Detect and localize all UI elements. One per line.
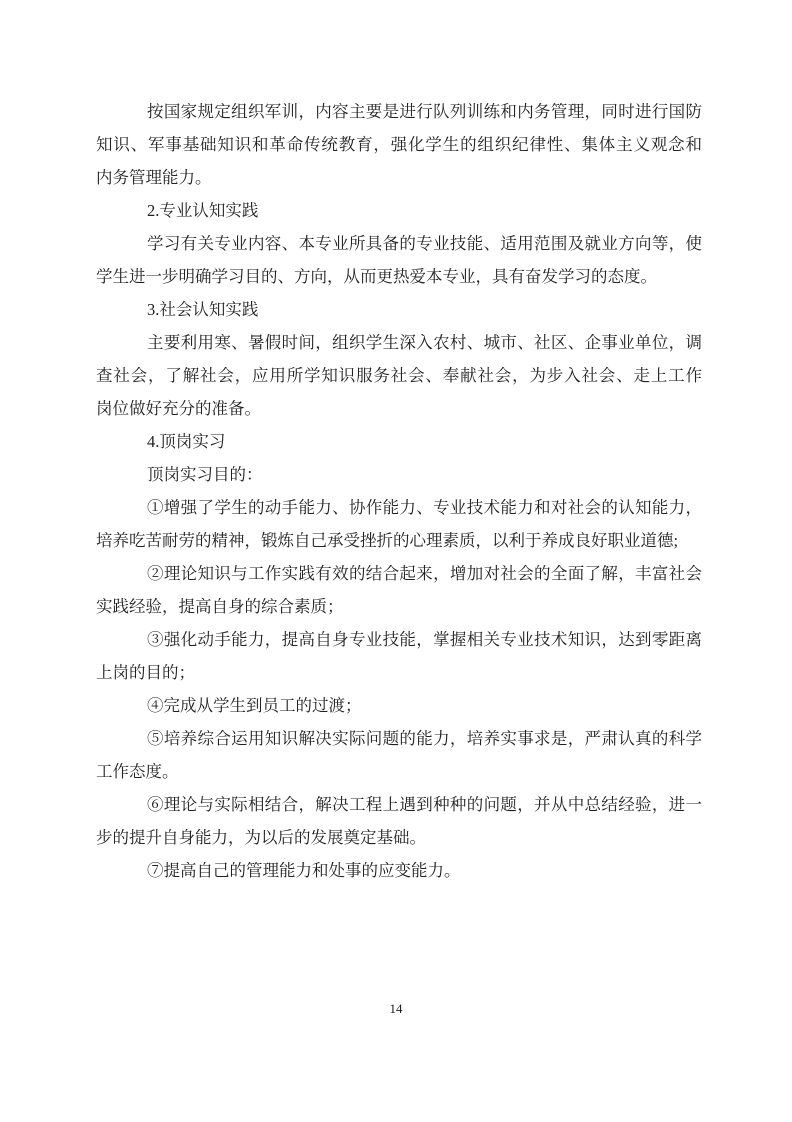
- section-heading: 3.社会认知实践: [96, 293, 702, 326]
- document-page: 按国家规定组织军训，内容主要是进行队列训练和内务管理，同时进行国防知识、军事基础…: [0, 0, 792, 1122]
- text-line: 2.专业认知实践: [96, 194, 702, 227]
- text-line: 4.顶岗实习: [96, 425, 702, 458]
- text-line: 工作态度。: [96, 755, 702, 788]
- text-line: 培养吃苦耐劳的精神，锻炼自己承受挫折的心理素质，以利于养成良好职业道德;: [96, 524, 702, 557]
- paragraph: ⑤培养综合运用知识解决实际问题的能力，培养实事求是，严肃认真的科学工作态度。: [96, 722, 702, 788]
- paragraph: ②理论知识与工作实践有效的结合起来，增加对社会的全面了解，丰富社会实践经验，提高…: [96, 557, 702, 623]
- text-line: ①增强了学生的动手能力、协作能力、专业技术能力和对社会的认知能力，: [96, 491, 702, 524]
- paragraph: 主要利用寒、暑假时间，组织学生深入农村、城市、社区、企事业单位，调查社会，了解社…: [96, 326, 702, 425]
- paragraph: ①增强了学生的动手能力、协作能力、专业技术能力和对社会的认知能力，培养吃苦耐劳的…: [96, 491, 702, 557]
- paragraph: 顶岗实习目的：: [96, 458, 702, 491]
- paragraph: ⑥理论与实际相结合，解决工程上遇到种种的问题，并从中总结经验，进一步的提升自身能…: [96, 788, 702, 854]
- text-line: 上岗的目的；: [96, 656, 702, 689]
- text-line: 查社会，了解社会，应用所学知识服务社会、奉献社会，为步入社会、走上工作: [96, 359, 702, 392]
- text-line: 岗位做好充分的准备。: [96, 392, 702, 425]
- text-line: ④完成从学生到员工的过渡；: [96, 689, 702, 722]
- text-line: 实践经验，提高自身的综合素质；: [96, 590, 702, 623]
- text-line: 知识、军事基础知识和革命传统教育，强化学生的组织纪律性、集体主义观念和: [96, 128, 702, 161]
- text-line: 顶岗实习目的：: [96, 458, 702, 491]
- paragraph: ④完成从学生到员工的过渡；: [96, 689, 702, 722]
- section-heading: 2.专业认知实践: [96, 194, 702, 227]
- text-line: 3.社会认知实践: [96, 293, 702, 326]
- page-number: 14: [0, 1000, 792, 1018]
- text-line: ⑦提高自己的管理能力和处事的应变能力。: [96, 854, 702, 887]
- text-line: ⑥理论与实际相结合，解决工程上遇到种种的问题，并从中总结经验，进一: [96, 788, 702, 821]
- paragraph: ③强化动手能力，提高自身专业技能，掌握相关专业技术知识，达到零距离上岗的目的；: [96, 623, 702, 689]
- text-line: ②理论知识与工作实践有效的结合起来，增加对社会的全面了解，丰富社会: [96, 557, 702, 590]
- paragraph: 按国家规定组织军训，内容主要是进行队列训练和内务管理，同时进行国防知识、军事基础…: [96, 95, 702, 194]
- text-line: ③强化动手能力，提高自身专业技能，掌握相关专业技术知识，达到零距离: [96, 623, 702, 656]
- document-body: 按国家规定组织军训，内容主要是进行队列训练和内务管理，同时进行国防知识、军事基础…: [96, 95, 702, 887]
- text-line: 步的提升自身能力，为以后的发展奠定基础。: [96, 821, 702, 854]
- paragraph: ⑦提高自己的管理能力和处事的应变能力。: [96, 854, 702, 887]
- paragraph: 学习有关专业内容、本专业所具备的专业技能、适用范围及就业方向等，使学生进一步明确…: [96, 227, 702, 293]
- section-heading: 4.顶岗实习: [96, 425, 702, 458]
- text-line: 主要利用寒、暑假时间，组织学生深入农村、城市、社区、企事业单位，调: [96, 326, 702, 359]
- text-line: 按国家规定组织军训，内容主要是进行队列训练和内务管理，同时进行国防: [96, 95, 702, 128]
- text-line: ⑤培养综合运用知识解决实际问题的能力，培养实事求是，严肃认真的科学: [96, 722, 702, 755]
- text-line: 内务管理能力。: [96, 161, 702, 194]
- text-line: 学生进一步明确学习目的、方向，从而更热爱本专业，具有奋发学习的态度。: [96, 260, 702, 293]
- text-line: 学习有关专业内容、本专业所具备的专业技能、适用范围及就业方向等，使: [96, 227, 702, 260]
